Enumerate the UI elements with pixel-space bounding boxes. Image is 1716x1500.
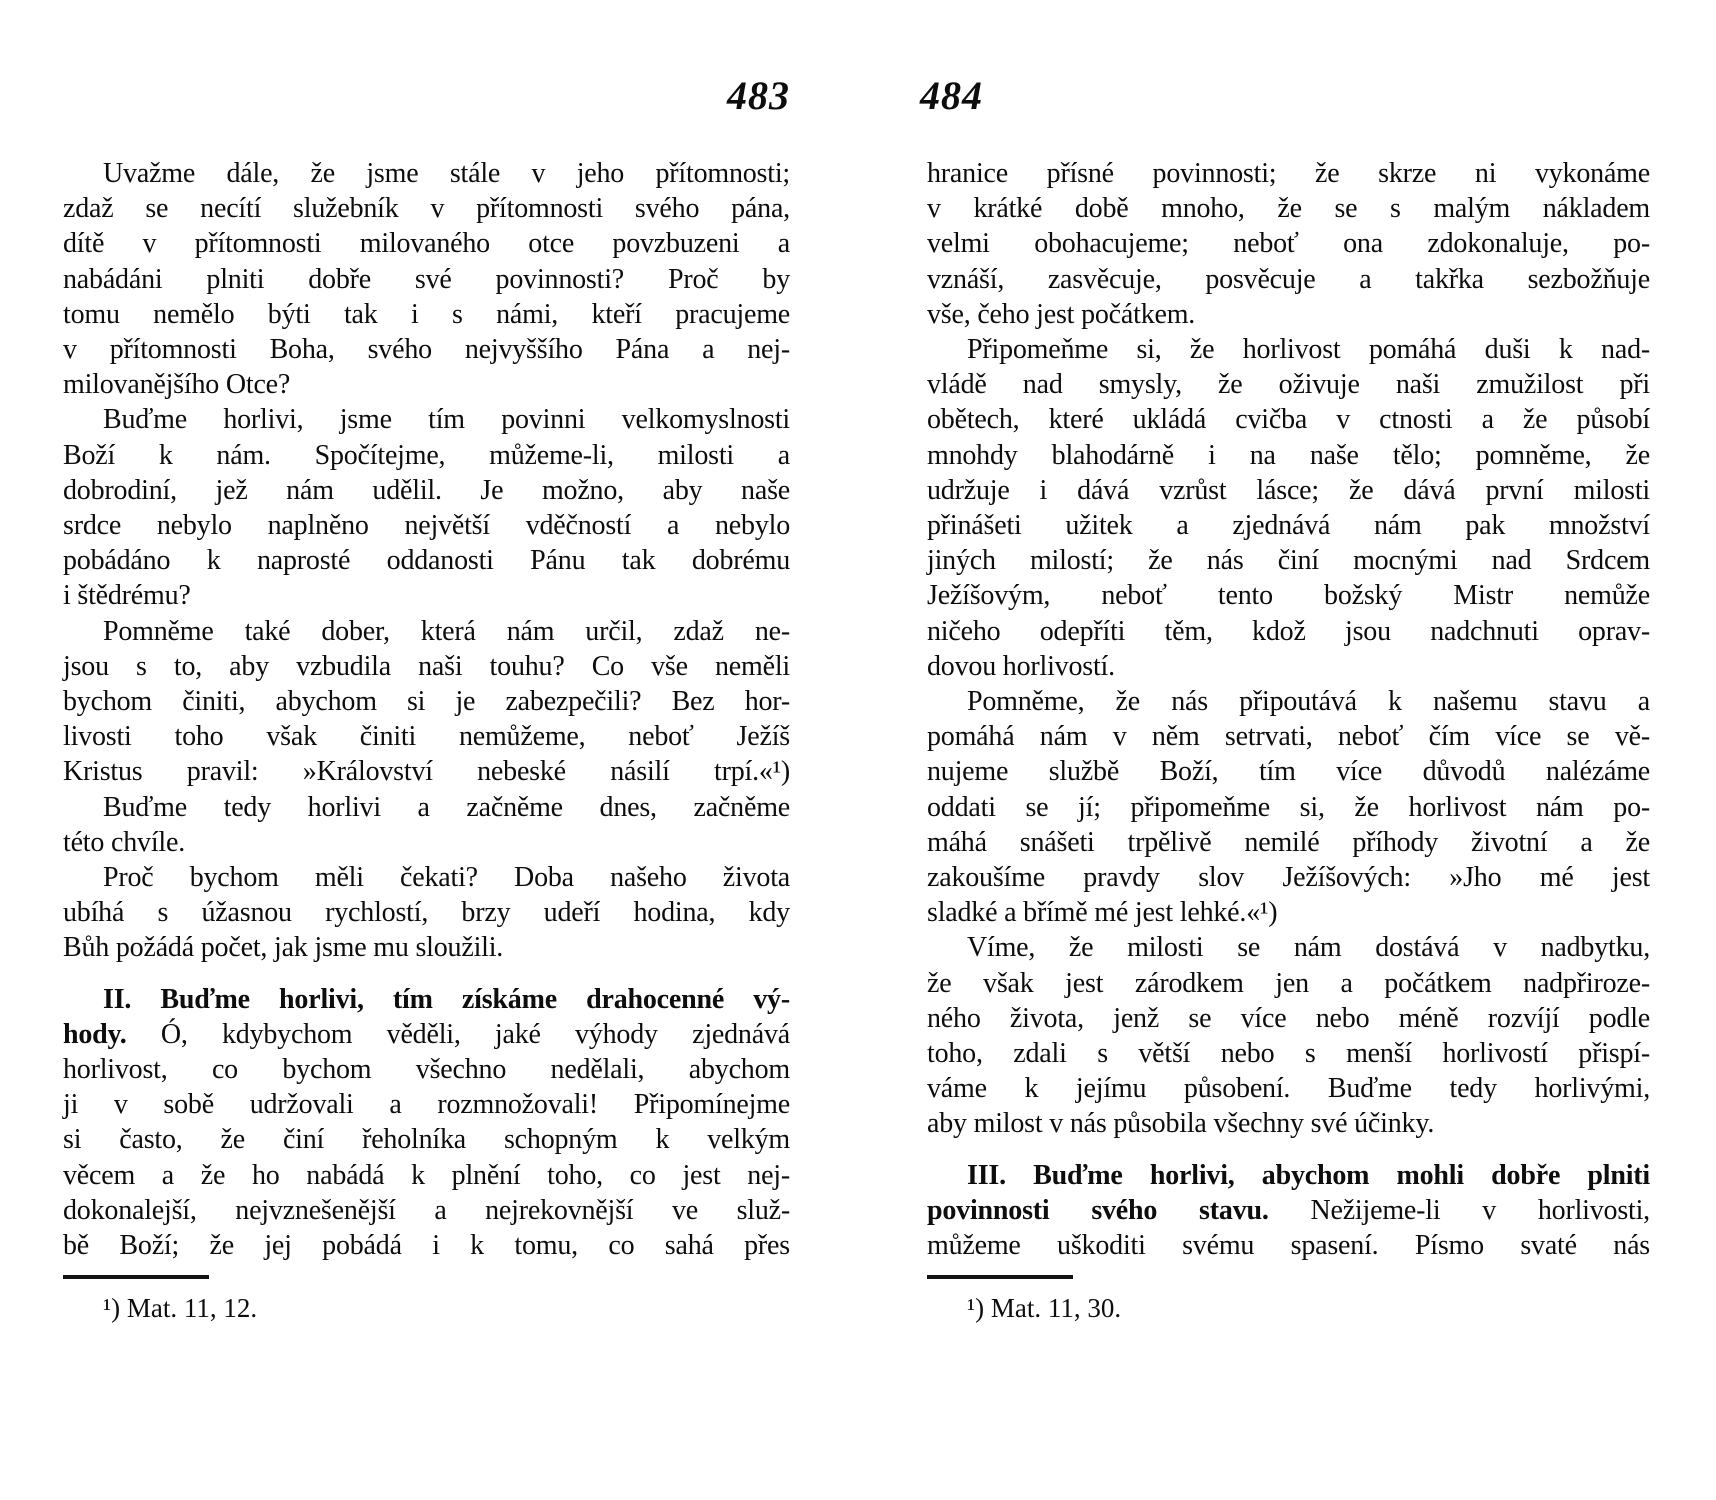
text-line: v krátké době mnoho, že se s malým nákla…: [927, 191, 1650, 226]
line-text: horlivost, co bychom všechno nedělali, a…: [63, 1054, 790, 1085]
footnote-text: ¹) Mat. 11, 12.: [63, 1291, 790, 1325]
text-line: ného života, jenž se více nebo méně rozv…: [927, 1001, 1650, 1036]
page-number-right: 484: [920, 72, 983, 119]
page-right-text-block: hranice přísné povinnosti; že skrze ni v…: [927, 156, 1650, 1263]
line-text: vládě nad smysly, že oživuje naši zmužil…: [927, 369, 1650, 400]
line-text: vznáší, zasvěcuje, posvěcuje a takřka se…: [927, 264, 1650, 295]
text-line: přinášeti užitek a zjednává nám pak množ…: [927, 508, 1650, 543]
line-text: Buďme tedy horlivi a začněme dnes, začně…: [103, 792, 790, 823]
text-line: Proč bychom měli čekati? Doba našeho živ…: [63, 860, 790, 895]
text-line: dovou horlivostí.: [927, 649, 1650, 684]
text-line: váme k jejímu působení. Buďme tedy horli…: [927, 1071, 1650, 1106]
line-text: Ježíšovým, neboť tento božský Mistr nemů…: [927, 580, 1650, 611]
page-left: Uvažme dále, že jsme stále v jeho přítom…: [63, 156, 790, 1325]
line-text: udržuje i dává vzrůst lásce; že dává prv…: [927, 475, 1650, 506]
text-line: bychom činiti, abychom si je zabezpečili…: [63, 684, 790, 719]
text-line: toho, zdali s větší nebo s menší horlivo…: [927, 1036, 1650, 1071]
line-text: milovanějšího Otce?: [63, 369, 290, 400]
footnote-right: ¹) Mat. 11, 30.: [927, 1275, 1650, 1325]
text-line: horlivost, co bychom všechno nedělali, a…: [63, 1052, 790, 1087]
line-text: Boží k nám. Spočítejme, můžeme-li, milos…: [63, 440, 790, 471]
text-line: Pomněme také dober, která nám určil, zda…: [63, 614, 790, 649]
line-text: věcem a že ho nabádá k plnění toho, co j…: [63, 1160, 790, 1191]
line-text: toho, zdali s větší nebo s menší horlivo…: [927, 1038, 1650, 1069]
line-text: hranice přísné povinnosti; že skrze ni v…: [927, 158, 1650, 189]
text-line: pomáhá nám v něm setrvati, neboť čím víc…: [927, 719, 1650, 754]
line-text: Proč bychom měli čekati? Doba našeho živ…: [103, 862, 790, 893]
line-text: v přítomnosti Boha, svého nejvyššího Pán…: [63, 334, 790, 365]
line-text: obětech, které ukládá cvičba v ctnosti a…: [927, 404, 1650, 435]
line-text: Připomeňme si, že horlivost pomáhá duši …: [967, 334, 1650, 365]
text-line: můžeme uškoditi svému spasení. Písmo sva…: [927, 1228, 1650, 1263]
line-text: tomu nemělo býti tak i s námi, kteří pra…: [63, 299, 790, 330]
text-line: ji v sobě udržovali a rozmnožovali! Přip…: [63, 1087, 790, 1122]
text-line: tomu nemělo býti tak i s námi, kteří pra…: [63, 297, 790, 332]
line-text: máhá snášeti trpělivě nemilé příhody živ…: [927, 827, 1650, 858]
line-text: bychom činiti, abychom si je zabezpečili…: [63, 686, 790, 717]
page-left-text-block: Uvažme dále, že jsme stále v jeho přítom…: [63, 156, 790, 1263]
text-line: Bůh požádá počet, jak jsme mu sloužili.: [63, 930, 790, 965]
text-line: udržuje i dává vzrůst lásce; že dává prv…: [927, 473, 1650, 508]
line-text: oddati se jí; připomeňme si, že horlivos…: [927, 792, 1650, 823]
line-text: můžeme uškoditi svému spasení. Písmo sva…: [927, 1230, 1650, 1261]
text-line: i štědrému?: [63, 578, 790, 613]
line-text: nabádáni plniti dobře své povinnosti? Pr…: [63, 264, 790, 295]
text-line: jsou s to, aby vzbudila naši touhu? Co v…: [63, 649, 790, 684]
line-text: pobádáno k naprosté oddanosti Pánu tak d…: [63, 545, 790, 576]
text-line: vznáší, zasvěcuje, posvěcuje a takřka se…: [927, 262, 1650, 297]
text-line: ubíhá s úžasnou rychlostí, brzy udeří ho…: [63, 895, 790, 930]
line-text: sladké a břímě mé jest lehké.«¹): [927, 897, 1277, 928]
text-line: vše, čeho jest počátkem.: [927, 297, 1650, 332]
footnote-left: ¹) Mat. 11, 12.: [63, 1275, 790, 1325]
line-text: váme k jejímu působení. Buďme tedy horli…: [927, 1073, 1650, 1104]
text-line: Připomeňme si, že horlivost pomáhá duši …: [927, 332, 1650, 367]
text-line: vládě nad smysly, že oživuje naši zmužil…: [927, 367, 1650, 402]
text-line: II. Buďme horlivi, tím získáme drahocenn…: [63, 982, 790, 1017]
line-text: Nežijeme-li v horlivosti,: [1310, 1195, 1650, 1226]
line-text: srdce nebylo naplněno největší vděčností…: [63, 510, 790, 541]
text-line: pobádáno k naprosté oddanosti Pánu tak d…: [63, 543, 790, 578]
line-text: ničeho odepříti těm, kdož jsou nadchnuti…: [927, 616, 1650, 647]
line-text: Bůh požádá počet, jak jsme mu sloužili.: [63, 932, 503, 963]
text-line: Uvažme dále, že jsme stále v jeho přítom…: [63, 156, 790, 191]
text-line: že však jest zárodkem jen a počátkem nad…: [927, 966, 1650, 1001]
text-line: jiných milostí; že nás činí mocnými nad …: [927, 543, 1650, 578]
line-text: Kristus pravil: »Království nebeské nási…: [63, 756, 790, 787]
text-line: ničeho odepříti těm, kdož jsou nadchnuti…: [927, 614, 1650, 649]
text-line: máhá snášeti trpělivě nemilé příhody živ…: [927, 825, 1650, 860]
line-text: velmi obohacujeme; neboť ona zdokonaluje…: [927, 228, 1650, 259]
text-line: nujeme službě Boží, tím více důvodů nalé…: [927, 754, 1650, 789]
page-right: hranice přísné povinnosti; že skrze ni v…: [927, 156, 1650, 1325]
line-text: dokonalejší, nejvznešenější a nejrekovně…: [63, 1195, 790, 1226]
bold-heading-text: II. Buďme horlivi, tím získáme drahocenn…: [103, 984, 790, 1015]
line-text: jsou s to, aby vzbudila naši touhu? Co v…: [63, 651, 790, 682]
line-text: této chvíle.: [63, 827, 185, 858]
line-text: dovou horlivostí.: [927, 651, 1115, 682]
text-line: Pomněme, že nás připoutává k našemu stav…: [927, 684, 1650, 719]
text-line: Buďme tedy horlivi a začněme dnes, začně…: [63, 790, 790, 825]
footnote-rule: [63, 1275, 209, 1279]
text-line: dítě v přítomnosti milovaného otce povzb…: [63, 226, 790, 261]
page-number-left: 483: [63, 72, 790, 119]
text-line: této chvíle.: [63, 825, 790, 860]
line-text: Pomněme, že nás připoutává k našemu stav…: [967, 686, 1650, 717]
text-line: srdce nebylo naplněno největší vděčností…: [63, 508, 790, 543]
line-text: ji v sobě udržovali a rozmnožovali! Přip…: [63, 1089, 790, 1120]
line-text: ubíhá s úžasnou rychlostí, brzy udeří ho…: [63, 897, 790, 928]
footnote-rule: [927, 1275, 1073, 1279]
text-line: mnohdy blahodárně i na naše tělo; pomněm…: [927, 438, 1650, 473]
line-text: jiných milostí; že nás činí mocnými nad …: [927, 545, 1650, 576]
line-text: v krátké době mnoho, že se s malým nákla…: [927, 193, 1650, 224]
line-text: mnohdy blahodárně i na naše tělo; pomněm…: [927, 440, 1650, 471]
text-line: Boží k nám. Spočítejme, můžeme-li, milos…: [63, 438, 790, 473]
line-text: Pomněme také dober, která nám určil, zda…: [103, 616, 790, 647]
line-text: zdaž se necítí služebník v přítomnosti s…: [63, 193, 790, 224]
line-text: vše, čeho jest počátkem.: [927, 299, 1195, 330]
text-line: zdaž se necítí služebník v přítomnosti s…: [63, 191, 790, 226]
line-text: nujeme službě Boží, tím více důvodů nalé…: [927, 756, 1650, 787]
text-line: III. Buďme horlivi, abychom mohli dobře …: [927, 1158, 1650, 1193]
line-text: Ó, kdybychom věděli, jaké výhody zjednáv…: [161, 1019, 790, 1050]
line-text: Buďme horlivi, jsme tím povinni velkomys…: [103, 404, 790, 435]
text-line: Ježíšovým, neboť tento božský Mistr nemů…: [927, 578, 1650, 613]
text-line: obětech, které ukládá cvičba v ctnosti a…: [927, 402, 1650, 437]
line-text: přinášeti užitek a zjednává nám pak množ…: [927, 510, 1650, 541]
text-line: oddati se jí; připomeňme si, že horlivos…: [927, 790, 1650, 825]
line-text: Uvažme dále, že jsme stále v jeho přítom…: [103, 158, 790, 189]
line-text: zakoušíme pravdy slov Ježíšových: »Jho m…: [927, 862, 1650, 893]
line-text: livosti toho však činiti nemůžeme, neboť…: [63, 721, 790, 752]
line-text: dobrodiní, jež nám udělil. Je možno, aby…: [63, 475, 790, 506]
text-line: v přítomnosti Boha, svého nejvyššího Pán…: [63, 332, 790, 367]
text-line: Buďme horlivi, jsme tím povinni velkomys…: [63, 402, 790, 437]
text-line: velmi obohacujeme; neboť ona zdokonaluje…: [927, 226, 1650, 261]
text-line: povinnosti svého stavu. Nežijeme-li v ho…: [927, 1193, 1650, 1228]
text-line: aby milost v nás působila všechny své úč…: [927, 1106, 1650, 1141]
line-text: že však jest zárodkem jen a počátkem nad…: [927, 968, 1650, 999]
line-text: i štědrému?: [63, 580, 191, 611]
bold-heading-text: povinnosti svého stavu.: [927, 1195, 1269, 1226]
text-line: livosti toho však činiti nemůžeme, neboť…: [63, 719, 790, 754]
text-line: Kristus pravil: »Království nebeské nási…: [63, 754, 790, 789]
text-line: hody. Ó, kdybychom věděli, jaké výhody z…: [63, 1017, 790, 1052]
bold-heading-text: III. Buďme horlivi, abychom mohli dobře …: [967, 1160, 1650, 1191]
line-text: ného života, jenž se více nebo méně rozv…: [927, 1003, 1650, 1034]
text-line: si často, že činí řeholníka schopným k v…: [63, 1122, 790, 1157]
text-line: věcem a že ho nabádá k plnění toho, co j…: [63, 1158, 790, 1193]
line-text: Víme, že milosti se nám dostává v nadbyt…: [967, 932, 1650, 963]
line-text: pomáhá nám v něm setrvati, neboť čím víc…: [927, 721, 1650, 752]
footnote-text: ¹) Mat. 11, 30.: [927, 1291, 1650, 1325]
text-line: sladké a břímě mé jest lehké.«¹): [927, 895, 1650, 930]
text-line: zakoušíme pravdy slov Ježíšových: »Jho m…: [927, 860, 1650, 895]
text-line: dokonalejší, nejvznešenější a nejrekovně…: [63, 1193, 790, 1228]
text-line: Víme, že milosti se nám dostává v nadbyt…: [927, 930, 1650, 965]
line-text: dítě v přítomnosti milovaného otce povzb…: [63, 228, 790, 259]
text-line: dobrodiní, jež nám udělil. Je možno, aby…: [63, 473, 790, 508]
line-text: aby milost v nás působila všechny své úč…: [927, 1108, 1434, 1139]
line-text: bě Boží; že jej pobádá i k tomu, co sahá…: [63, 1230, 790, 1261]
text-line: bě Boží; že jej pobádá i k tomu, co sahá…: [63, 1228, 790, 1263]
line-text: si často, že činí řeholníka schopným k v…: [63, 1124, 790, 1155]
text-line: milovanějšího Otce?: [63, 367, 790, 402]
text-line: nabádáni plniti dobře své povinnosti? Pr…: [63, 262, 790, 297]
bold-heading-text: hody.: [63, 1019, 127, 1050]
text-line: hranice přísné povinnosti; že skrze ni v…: [927, 156, 1650, 191]
